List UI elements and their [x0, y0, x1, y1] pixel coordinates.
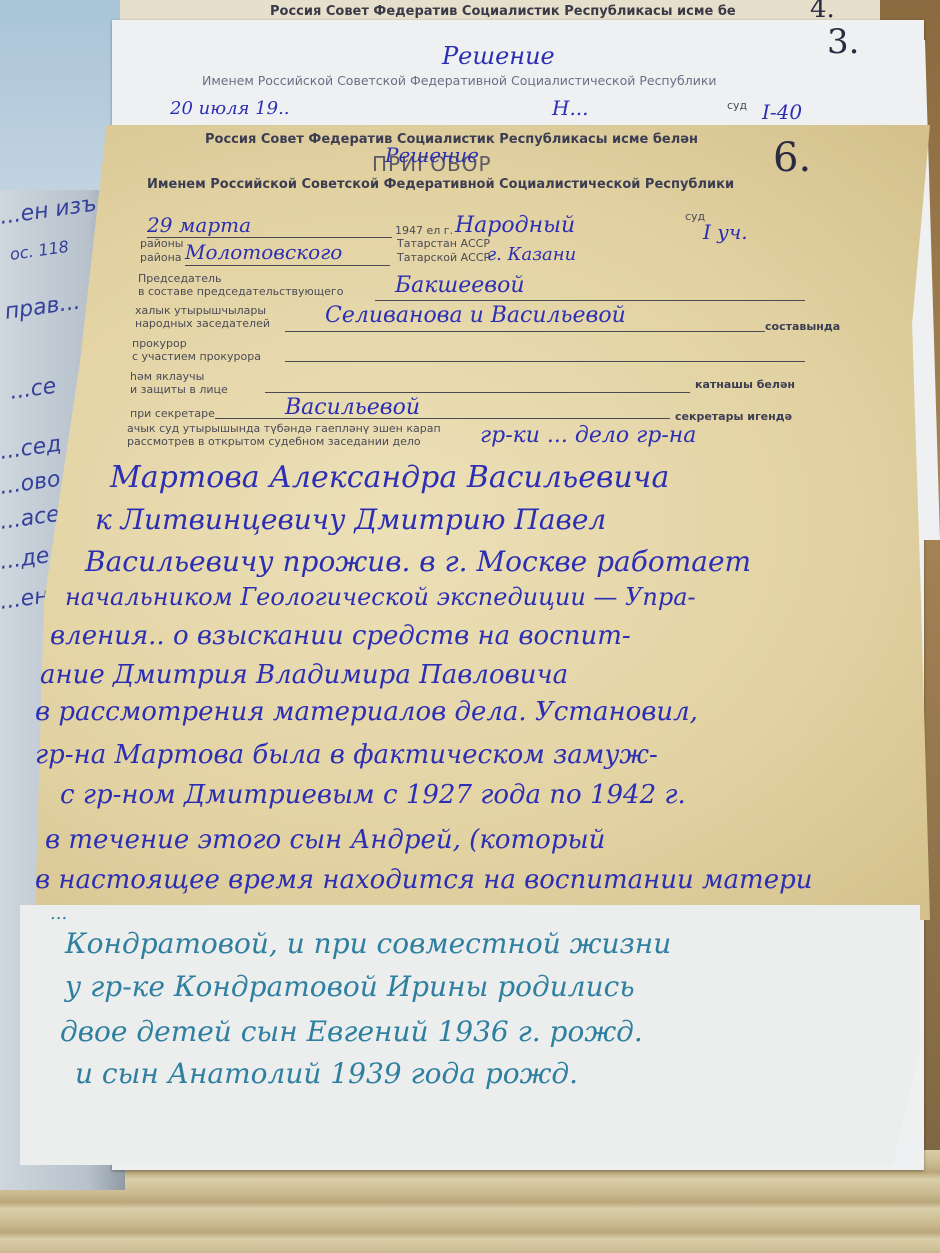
label-defense-russian: и защиты в лице: [130, 384, 228, 396]
decision-court-label: суд: [727, 100, 747, 112]
label-district-tatar: районы: [140, 238, 183, 250]
verdict-chairman: Бакшеевой: [395, 273, 525, 298]
label-prosecutor-russian: с участием прокурора: [132, 351, 261, 363]
body-line: гр-ки ... дело гр-на: [480, 423, 696, 448]
lower-line: у гр-ке Кондратовой Ирины родились: [65, 970, 635, 1003]
body-line: вления.. о взыскании средств на воспит-: [50, 621, 631, 651]
decision-handwritten-date: 20 июля 19..: [170, 98, 290, 119]
label-composition-tatar: составында: [765, 320, 840, 333]
label-prosecutor-tatar: прокурор: [132, 338, 187, 350]
decision-page-number: 3.: [827, 22, 859, 62]
body-line: начальником Геологической экспедиции — У…: [65, 583, 696, 611]
body-line: в течение этого сын Андрей, (который: [45, 825, 605, 855]
label-secretary-tatar: секретары игендә: [675, 410, 792, 423]
assessors-line: [285, 331, 765, 332]
body-line: в рассмотрения материалов дела. Установи…: [35, 697, 698, 727]
body-line: с гр-ном Дмитриевым с 1927 года по 1942 …: [60, 780, 686, 810]
label-chairman-tatar: Председатель: [138, 273, 221, 285]
prosecutor-line: [285, 361, 805, 362]
year-value: 1947: [395, 224, 423, 237]
label-assessors-russian: народных заседателей: [135, 318, 270, 330]
lower-line: Кондратовой, и при совместной жизни: [65, 927, 671, 960]
label-open-session-russian: рассмотрев в открытом судебном заседании…: [127, 436, 421, 448]
body-line: к Литвинцевичу Дмитрию Павел: [95, 503, 606, 536]
decision-handwritten-title: Решение: [442, 42, 555, 70]
verdict-court-number: I уч.: [703, 220, 748, 244]
decision-court-number: I-40: [762, 100, 802, 124]
body-line: Васильевичу прожив. в г. Москве работает: [85, 545, 751, 578]
district-line: [185, 265, 390, 266]
verdict-secretary: Васильевой: [285, 395, 420, 420]
verdict-city: г. Казани: [487, 244, 576, 265]
body-line: Мартова Александра Васильевича: [110, 460, 669, 495]
label-secretary-russian: при секретаре: [130, 408, 215, 420]
label-present-tatar: катнашы белән: [695, 378, 795, 391]
body-line: в настоящее время находится на воспитани…: [35, 865, 813, 895]
verdict-title-correction: Решение: [385, 143, 479, 167]
verdict-year: 1947 ел г.: [395, 225, 453, 237]
year-suffix: ел г.: [427, 224, 454, 237]
decision-handwritten-place: Н...: [552, 96, 589, 120]
verdict-date: 29 марта: [147, 213, 251, 237]
verdict-page-number: 6.: [773, 135, 811, 181]
decision-printed-header: Именем Российской Советской Федеративной…: [202, 73, 717, 88]
sheet-4-header: Россия Совет Федератив Социалистик Респу…: [270, 4, 736, 19]
verdict-header-russian: Именем Российской Советской Федеративной…: [147, 177, 734, 192]
lower-line: ...: [50, 903, 67, 924]
defense-line: [265, 392, 690, 393]
verdict-court-place: Народный: [455, 213, 575, 238]
verdict-content: Россия Совет Федератив Социалистик Респу…: [35, 125, 930, 920]
chairman-line: [375, 300, 805, 301]
verdict-assessors: Селиванова и Васильевой: [325, 303, 626, 328]
lower-line: двое детей сын Евгений 1936 г. рожд.: [60, 1015, 643, 1048]
body-line: ание Дмитрия Владимира Павловича: [40, 660, 568, 690]
body-line: гр-на Мартова была в фактическом замуж-: [35, 740, 658, 770]
label-defense-tatar: һәм яклаучы: [130, 371, 204, 383]
label-open-session-tatar: ачык суд утырышында түбәндә гаепләнү эше…: [127, 423, 441, 435]
label-district-russian: района: [140, 252, 182, 264]
label-chairman-russian: в составе председательствующего: [138, 286, 343, 298]
lower-line: и сын Анатолий 1939 года рожд.: [75, 1057, 578, 1090]
verdict-district: Молотовского: [185, 240, 342, 264]
continuation-content: ... Кондратовой, и при совместной жизни …: [20, 905, 920, 1165]
secretary-line: [215, 418, 670, 419]
label-republic-russian: Татарской АССР: [397, 252, 490, 264]
date-line: [147, 237, 392, 238]
label-republic-tatar: Татарстан АССР: [397, 238, 490, 250]
label-assessors-tatar: халык утырышчылары: [135, 305, 266, 317]
